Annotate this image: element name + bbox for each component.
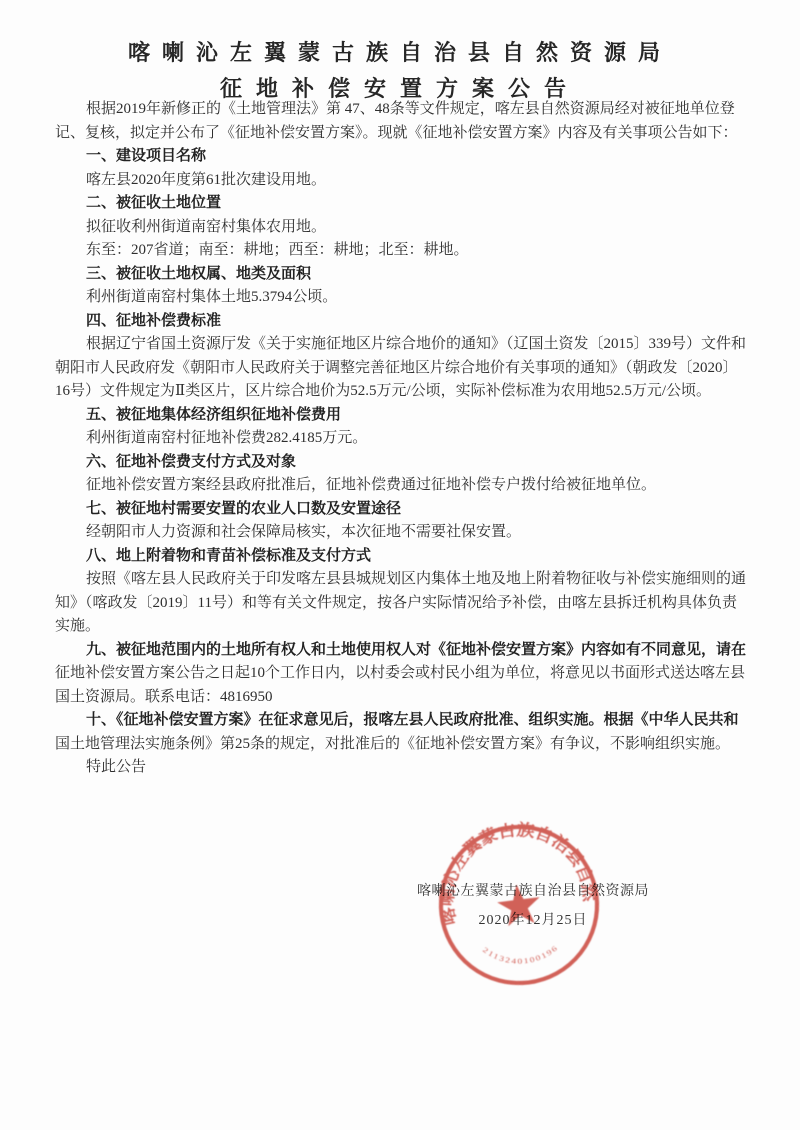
signature-date: 2020年12月25日 (413, 909, 653, 929)
body-text-line: 征地补偿安置方案公告之日起10个工作日内，以村委会或村民小组为单位，将意见以书面… (55, 662, 767, 686)
body-text-line: 国土资源局。联系电话：4816950 (55, 686, 767, 710)
section-heading-line: 七、被征地村需要安置的农业人口数及安置途径 (55, 498, 767, 522)
section-heading-line: 九、被征地范围内的土地所有权人和土地使用权人对《征地补偿安置方案》内容如有不同意… (55, 639, 767, 663)
body-text-line: 征地补偿安置方案经县政府批准后，征地补偿费通过征地补偿专户拨付给被征地单位。 (55, 474, 767, 498)
section-heading-line: 六、征地补偿费支付方式及对象 (55, 451, 767, 475)
body-text-line: 东至：207省道；南至：耕地；西至：耕地；北至：耕地。 (55, 239, 767, 263)
body-text-line: 按照《喀左县人民政府关于印发喀左县县城规划区内集体土地及地上附着物征收与补偿实施… (55, 568, 767, 592)
body-text-line: 国土地管理法实施条例》第25条的规定，对批准后的《征地补偿安置方案》有争议，不影… (55, 733, 767, 757)
section-heading-line: 三、被征收土地权属、地类及面积 (55, 263, 767, 287)
section-heading-line: 五、被征地集体经济组织征地补偿费用 (55, 404, 767, 428)
body-text-line: 根据2019年新修正的《土地管理法》第 47、48条等文件规定，喀左县自然资源局… (55, 98, 767, 122)
body-text-line: 16号）文件规定为Ⅱ类区片，区片综合地价为52.5万元/公顷，实际补偿标准为农用… (55, 380, 767, 404)
section-heading-line: 二、被征收土地位置 (55, 192, 767, 216)
section-heading-line: 一、建设项目名称 (55, 145, 767, 169)
body-text-line: 实施。 (55, 615, 767, 639)
section-heading-line: 八、地上附着物和青苗补偿标准及支付方式 (55, 545, 767, 569)
body-text-line: 拟征收利州街道南窑村集体农用地。 (55, 216, 767, 240)
body-text-line: 记、复核，拟定并公布了《征地补偿安置方案》。现就《征地补偿安置方案》内容及有关事… (55, 122, 767, 146)
body-text-line: 利州街道南窑村征地补偿费282.4185万元。 (55, 427, 767, 451)
body-text-line: 朝阳市人民政府发《朝阳市人民政府关于调整完善征地区片综合地价有关事项的通知》（朝… (55, 357, 767, 381)
page-title-line1: 喀喇沁左翼蒙古族自治县自然资源局 (0, 36, 800, 67)
section-heading-line: 四、征地补偿费标准 (55, 310, 767, 334)
document-title: 喀喇沁左翼蒙古族自治县自然资源局 征地补偿安置方案公告 (0, 36, 800, 103)
body-text-line: 根据辽宁省国土资源厅发《关于实施征地区片综合地价的通知》（辽国土资发〔2015〕… (55, 333, 767, 357)
section-heading-line: 十、《征地补偿安置方案》在征求意见后，报喀左县人民政府批准、组织实施。根据《中华… (55, 709, 767, 733)
body-text-line: 特此公告 (55, 756, 767, 780)
document-body: 根据2019年新修正的《土地管理法》第 47、48条等文件规定，喀左县自然资源局… (55, 98, 767, 780)
body-text-line: 知》（喀政发〔2019〕11号）和等有关文件规定，按各户实际情况给予补偿，由喀左… (55, 592, 767, 616)
signature-block: 喀喇沁左翼蒙古族自治县自然资源局 2020年12月25日 (413, 880, 653, 929)
body-text-line: 经朝阳市人力资源和社会保障局核实，本次征地不需要社保安置。 (55, 521, 767, 545)
agency-signature: 喀喇沁左翼蒙古族自治县自然资源局 (413, 880, 653, 900)
body-text-line: 利州街道南窑村集体土地5.3794公顷。 (55, 286, 767, 310)
document-page: 喀喇沁左翼蒙古族自治县自然资源局 征地补偿安置方案公告 根据2019年新修正的《… (0, 0, 800, 1130)
seal-code: 2113240100196 (480, 936, 561, 970)
body-text-line: 喀左县2020年度第61批次建设用地。 (55, 169, 767, 193)
seal-code-holder: 2113240100196 (480, 936, 561, 970)
